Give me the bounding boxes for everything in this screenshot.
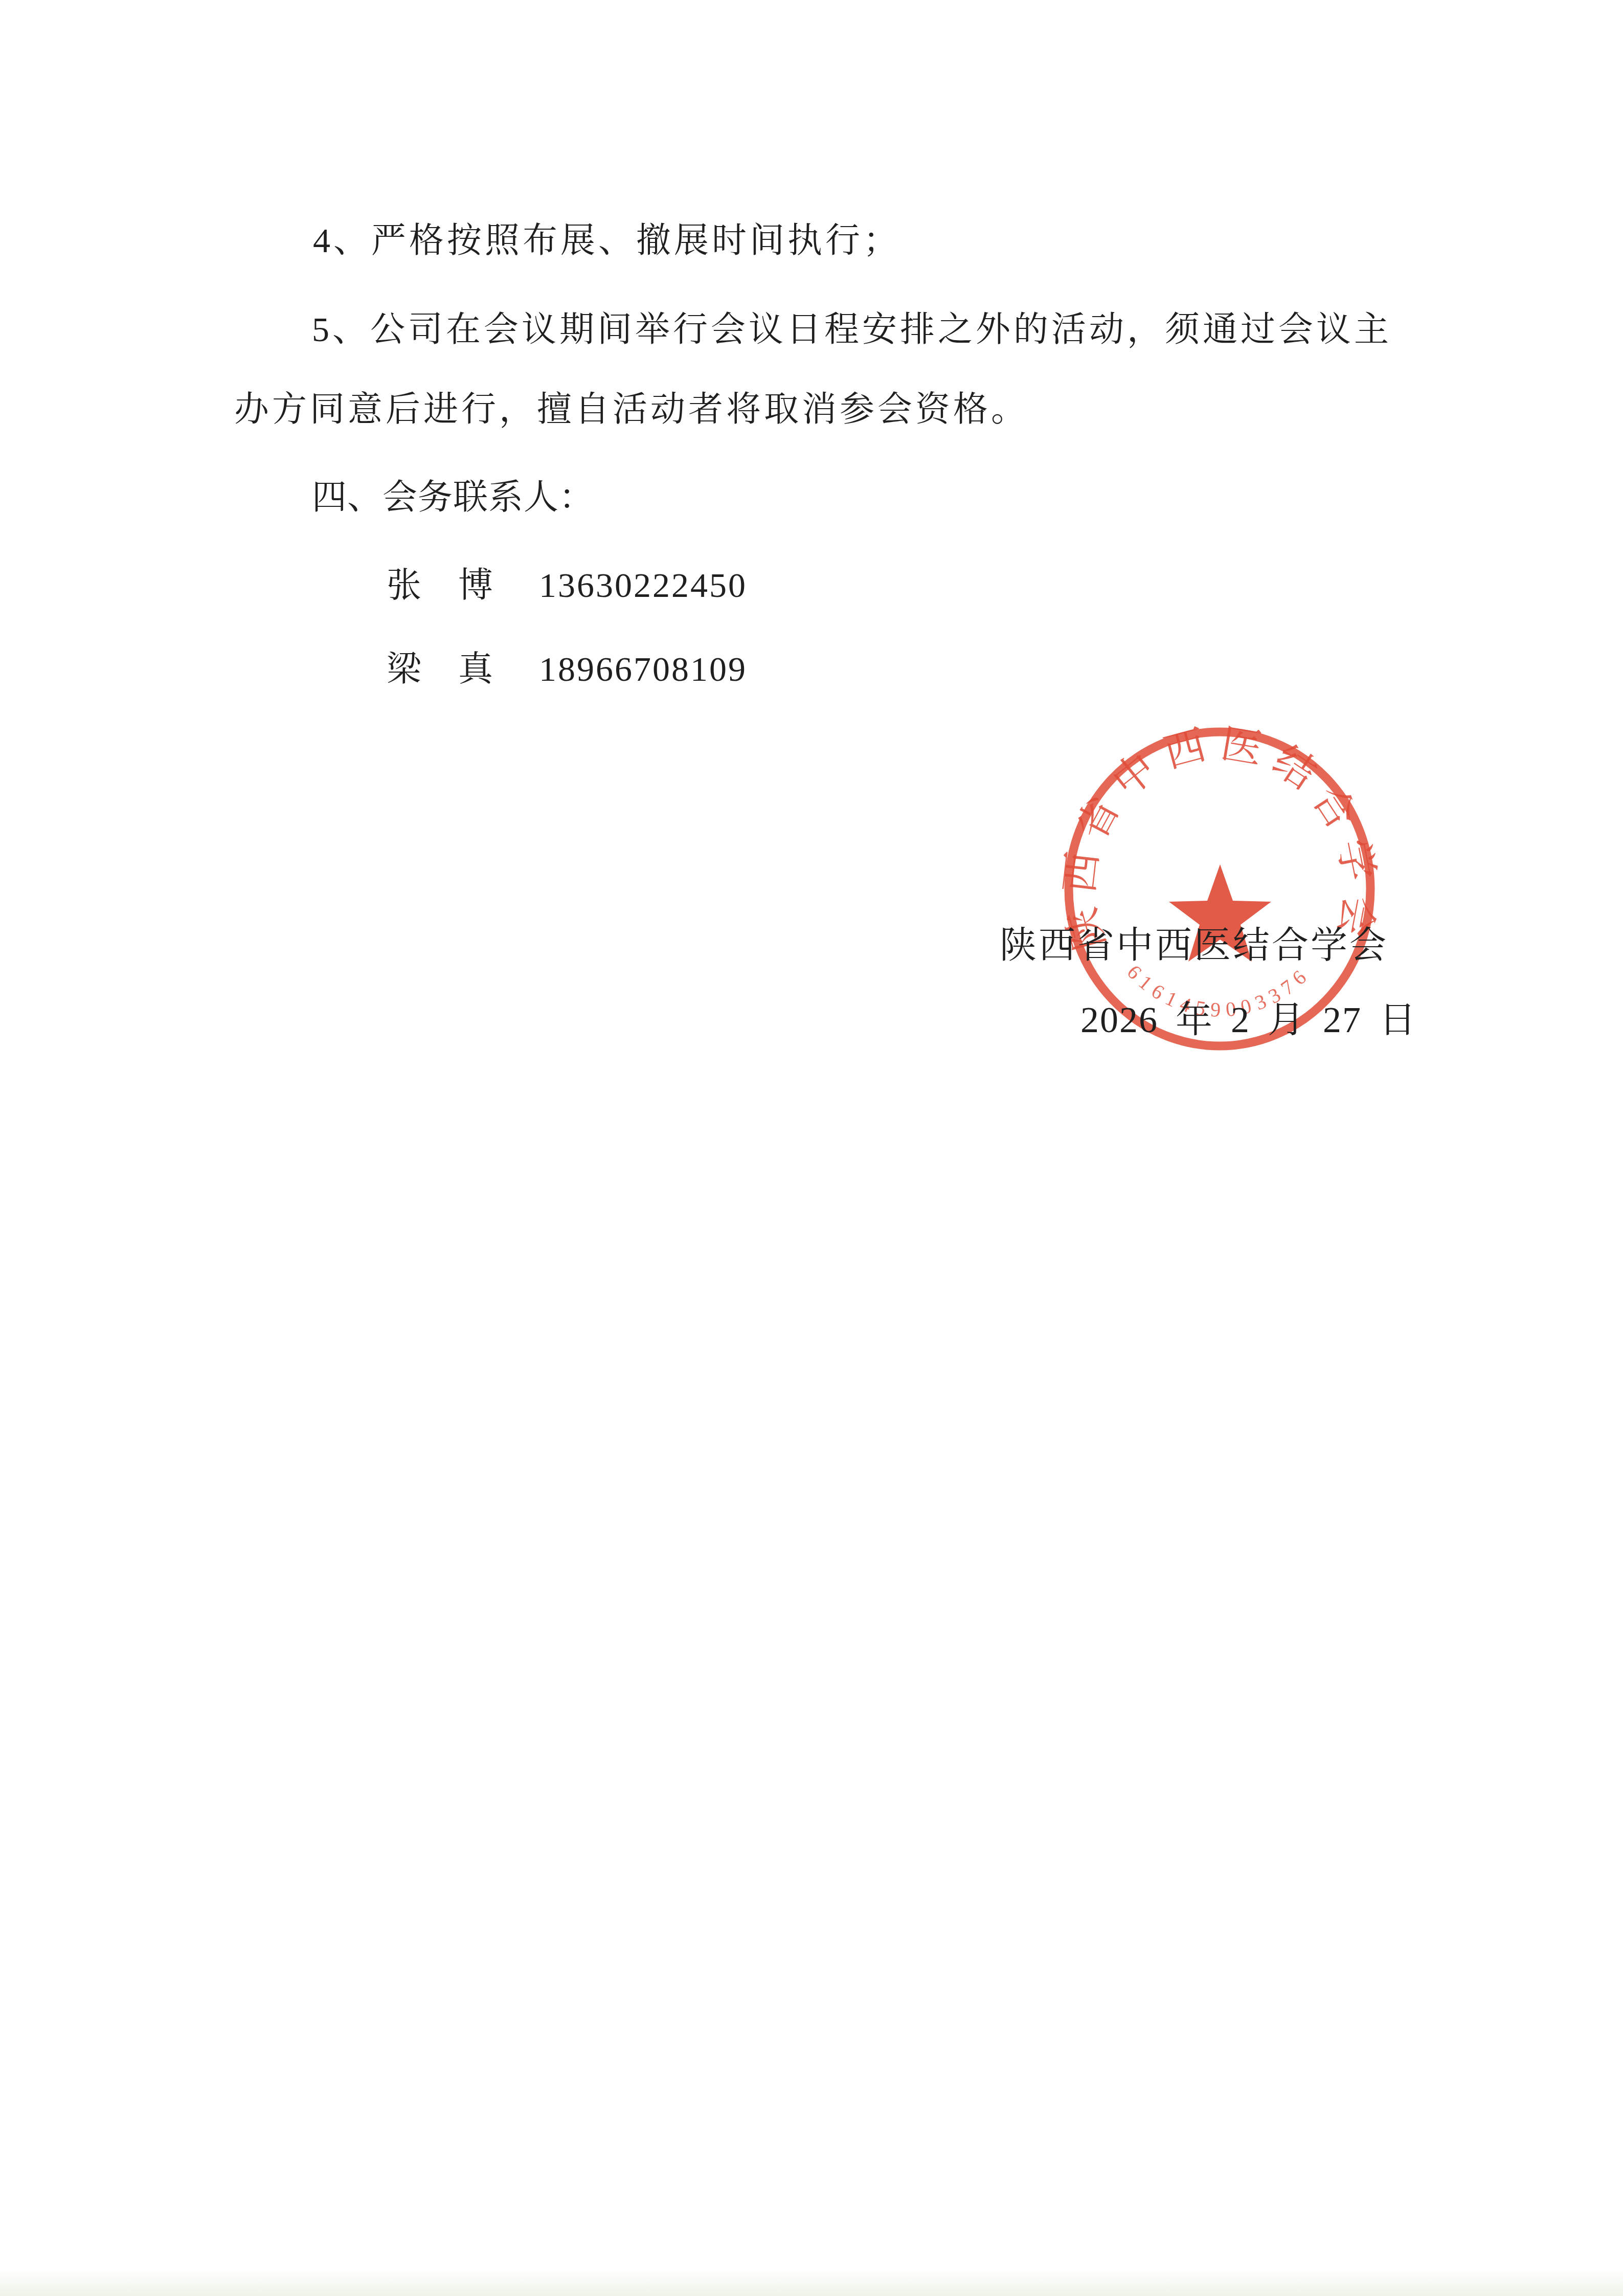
contact-phone: 18966708109 [539, 650, 747, 688]
scanner-edge-band [0, 2269, 1623, 2296]
signature-date: 2026 年 2 月 27 日 [1080, 1001, 1417, 1038]
contact-name: 梁 真 [387, 650, 494, 688]
section-heading-contacts: 四、会务联系人： [312, 480, 594, 515]
contact-row: 张 博13630222450 [387, 568, 747, 603]
contact-row: 梁 真18966708109 [387, 652, 747, 686]
contact-name: 张 博 [387, 566, 494, 605]
signature-organization: 陕西省中西医结合学会 [1000, 927, 1388, 964]
paragraph-item-5-line-2: 办方同意后进行，擅自活动者将取消参会资格。 [234, 392, 1029, 427]
paragraph-item-4: 4、严格按照布展、撤展时间执行； [313, 223, 901, 258]
scanned-document-page: 4、严格按照布展、撤展时间执行； 5、公司在会议期间举行会议日程安排之外的活动，… [0, 0, 1623, 2296]
paragraph-item-5-line-1: 5、公司在会议期间举行会议日程安排之外的活动，须通过会议主 [312, 312, 1392, 347]
contact-phone: 13630222450 [539, 566, 747, 605]
